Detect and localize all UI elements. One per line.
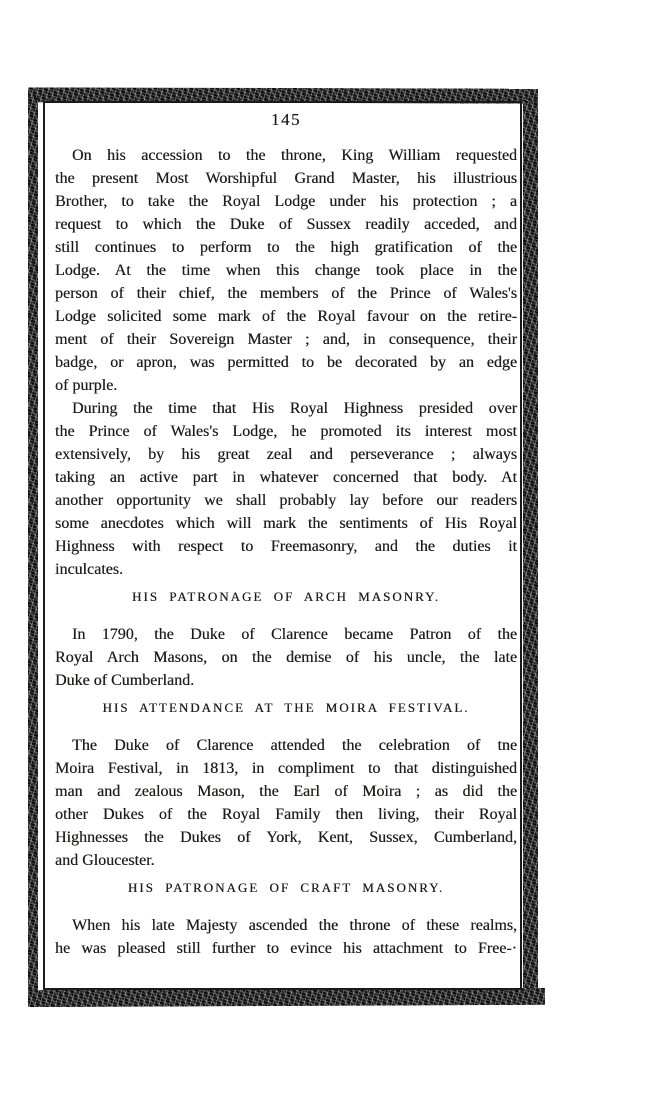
text-line: inculcates. <box>55 558 517 581</box>
text-line: During the time that His Royal Highness … <box>55 397 517 420</box>
text-line: When his late Majesty ascended the thron… <box>55 914 517 937</box>
paragraph: During the time that His Royal Highness … <box>55 397 517 581</box>
border-ornament-left <box>28 97 38 993</box>
text-line: Highness with respect to Freemasonry, an… <box>55 535 517 558</box>
text-line: In 1790, the Duke of Clarence became Pat… <box>55 623 517 646</box>
text-line: ment of their Sovereign Master ; and, in… <box>55 328 517 351</box>
text-line: and Gloucester. <box>55 849 517 872</box>
paragraph: In 1790, the Duke of Clarence became Pat… <box>55 623 517 692</box>
text-line: Brother, to take the Royal Lodge under h… <box>55 190 517 213</box>
text-line: Duke of Cumberland. <box>55 669 517 692</box>
text-line: On his accession to the throne, King Wil… <box>55 144 517 167</box>
text-line: extensively, by his great zeal and perse… <box>55 443 517 466</box>
text-line: of purple. <box>55 374 517 397</box>
text-line: Lodge solicited some mark of the Royal f… <box>55 305 517 328</box>
section-heading-moira-festival: HIS ATTENDANCE AT THE MOIRA FESTIVAL. <box>55 700 517 716</box>
text-line: the present Most Worshipful Grand Master… <box>55 167 517 190</box>
section-heading-arch-masonry: HIS PATRONAGE OF ARCH MASONRY. <box>55 589 517 605</box>
section-heading-craft-masonry: HIS PATRONAGE OF CRAFT MASONRY. <box>55 880 517 896</box>
text-line: the Prince of Wales's Lodge, he promoted… <box>55 420 517 443</box>
text-line: some anecdotes which will mark the senti… <box>55 512 517 535</box>
text-line: still continues to perform to the high g… <box>55 236 517 259</box>
text-line: request to which the Duke of Sussex read… <box>55 213 517 236</box>
text-line: Lodge. At the time when this change took… <box>55 259 517 282</box>
text-line: other Dukes of the Royal Family then liv… <box>55 803 517 826</box>
border-ornament-bottom <box>28 988 545 1007</box>
text-line: taking an active part in whatever concer… <box>55 466 517 489</box>
paragraph: On his accession to the throne, King Wil… <box>55 144 517 397</box>
text-line: person of their chief, the members of th… <box>55 282 517 305</box>
text-line: he was pleased still further to evince h… <box>55 937 517 960</box>
text-line: Royal Arch Masons, on the demise of his … <box>55 646 517 669</box>
text-line: Moira Festival, in 1813, in compliment t… <box>55 757 517 780</box>
page-content: 145 On his accession to the throne, King… <box>55 110 517 960</box>
border-ornament-right <box>523 101 538 991</box>
paragraph: When his late Majesty ascended the thron… <box>55 914 517 960</box>
text-line: Highnesses the Dukes of York, Kent, Suss… <box>55 826 517 849</box>
scanned-book-page: 145 On his accession to the throne, King… <box>0 0 652 1099</box>
page-number: 145 <box>55 110 517 130</box>
text-line: another opportunity we shall probably la… <box>55 489 517 512</box>
text-line: man and zealous Mason, the Earl of Moira… <box>55 780 517 803</box>
paragraph: The Duke of Clarence attended the celebr… <box>55 734 517 872</box>
decorative-frame: 145 On his accession to the throne, King… <box>28 88 540 1006</box>
text-line: badge, or apron, was permitted to be dec… <box>55 351 517 374</box>
text-line: The Duke of Clarence attended the celebr… <box>55 734 517 757</box>
